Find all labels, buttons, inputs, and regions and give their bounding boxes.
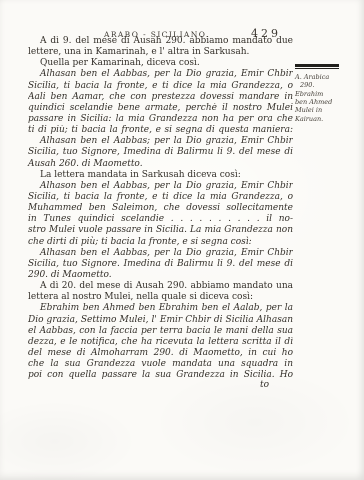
text-line: che dirti di più; ti bacia la fronte, e … [28,237,293,248]
text-line: Quella per Kamarinah, diceva così. [28,58,293,69]
margin-note-line: Mulei in [295,106,351,114]
text-line: passare in Sicilia: la mia Grandezza non… [28,114,293,125]
text-line: Ausah 260. di Maometto. [28,159,293,170]
margin-note-line: ben Ahmed [295,98,351,106]
text-line: quindici scelandie bene armate, perchè i… [28,103,293,114]
text-line: in Tunes quindici scelandie . . . . . . … [28,214,293,225]
scanned-page: ARABO - SICILIANO. 429 A. Arabica290.Ebr… [0,0,364,480]
catchword: to [28,380,293,390]
text-line: Sicilia, tuo Signore, Imedina di Balirmu… [28,147,293,158]
margin-note: A. Arabica290.Ebrahimben AhmedMulei inKa… [295,64,351,123]
text-line: lettere, una in Kamarinah, e l' altra in… [28,47,293,58]
text-line: A dì 20. del mese di Ausah 290. abbiamo … [28,281,293,292]
text-line: 290. di Maometto. [28,270,293,281]
margin-note-line: A. Arabica [295,73,351,81]
text-line: La lettera mandata in Sarkusah diceva co… [28,170,293,181]
margin-rule-thick [295,64,339,67]
text-line: stro Mulei vuole passare in Sicilia. La … [28,225,293,236]
margin-note-line: Ebrahim [295,90,351,98]
text-line: lettera al nostro Mulei, nella quale si … [28,292,293,303]
text-line: Ebrahim ben Ahmed ben Ebrahim ben el Aal… [28,303,293,314]
text-line: Sicilia, ti bacia la fronte, e ti dice l… [28,192,293,203]
text-line: ti di più; ti bacia la fronte, e si segn… [28,125,293,136]
text-line: Sicilia, ti bacia la fronte, e ti dice l… [28,81,293,92]
text-line: A dì 9. del mese di Ausah 290. abbiamo m… [28,36,293,47]
text-line: Alhasan ben el Aabbas; per la Dio grazia… [28,136,293,147]
text-line: Dio grazia, Settimo Mulei, l' Emir Chbir… [28,315,293,326]
margin-note-line: 290. [295,81,351,89]
text-line: che la sua Grandezza vuole mandata una s… [28,359,293,370]
text-line: Alhason ben el Aabbas, per la Dio grazia… [28,181,293,192]
text-line: del mese di Almoharram 290. di Maometto,… [28,348,293,359]
margin-note-line: Kairuan. [295,115,351,123]
margin-note-text: A. Arabica290.Ebrahimben AhmedMulei inKa… [295,73,351,123]
text-line: Muhammed ben Saleimon, che dovessi solle… [28,203,293,214]
text-line: Sicilia, tuo Signore. Imedina di Balirmu… [28,259,293,270]
text-line: Aali ben Aamar, che con prestezza dovess… [28,92,293,103]
margin-rule-thin [295,68,339,69]
text-line: Alhasan ben el Aabbas, per la Dio grazia… [28,248,293,259]
text-line: dezza, e le notifica, che ha ricevuta la… [28,337,293,348]
body-text: A dì 9. del mese di Ausah 290. abbiamo m… [28,36,293,381]
text-line: Alhasan ben el Aabbas, per la Dio grazia… [28,69,293,80]
text-line: el Aabbas, con la faccia per terra bacia… [28,326,293,337]
